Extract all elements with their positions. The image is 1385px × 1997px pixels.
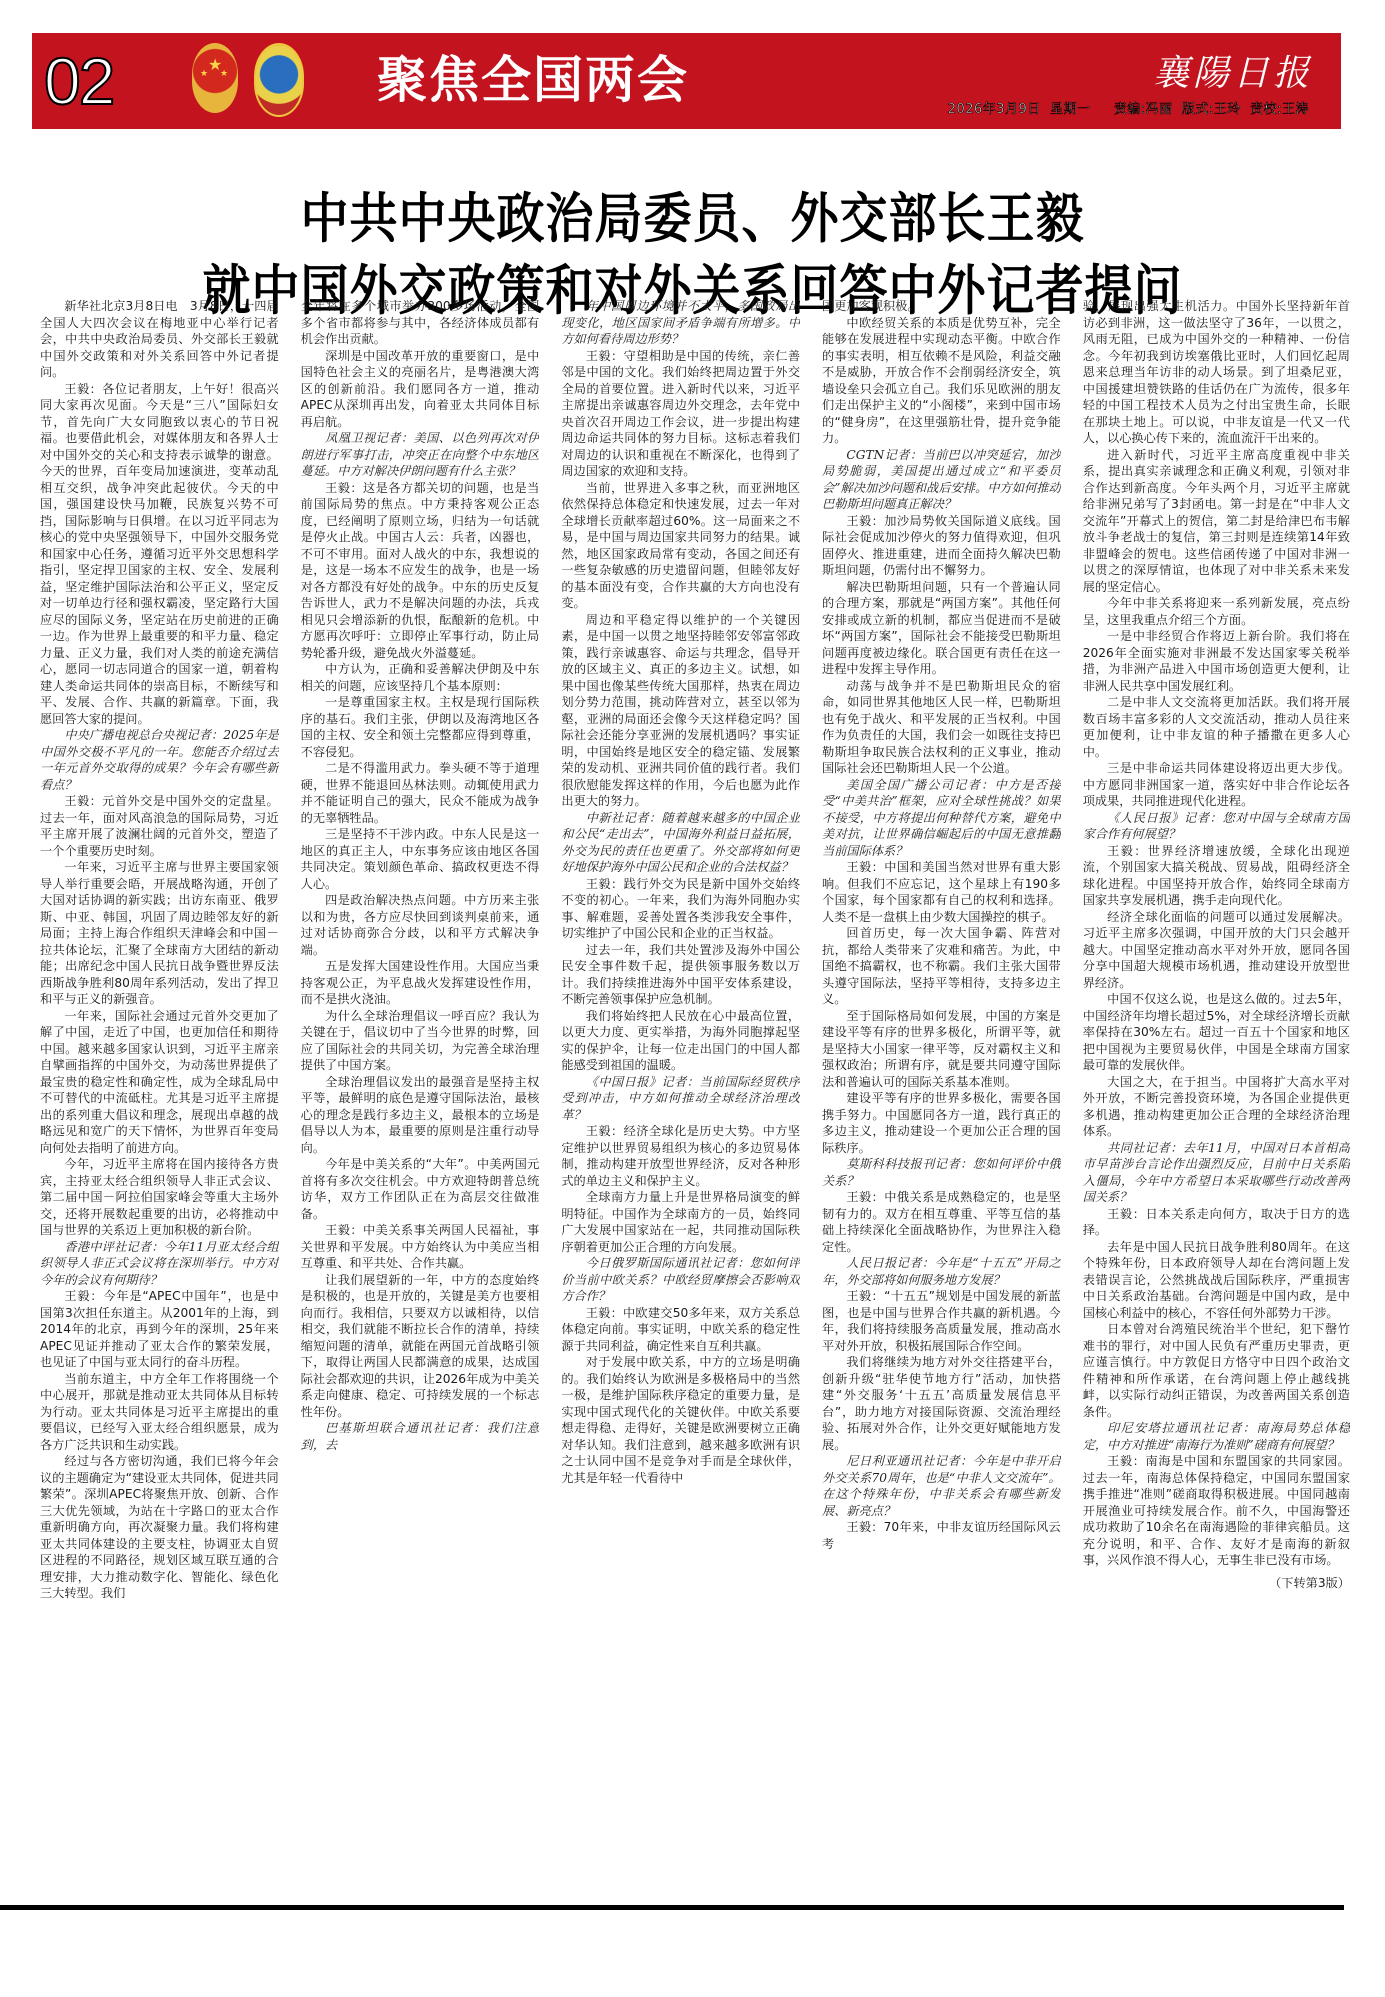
answer-paragraph: 国更加客观积极。: [822, 298, 1061, 315]
article-column-5: 验，展现出强大生机活力。中国外长坚持新年首访必到非洲，这一做法坚守了36年，一以…: [1083, 298, 1350, 1890]
answer-paragraph: 为什么全球治理倡议一呼百应？我认为关键在于，倡议切中了当今世界的时弊，回应了国际…: [301, 1008, 540, 1074]
answer-paragraph: 王毅：这是各方都关切的问题，也是当前国际局势的焦点。中方秉持客观公正态度，已经阐…: [301, 480, 540, 662]
answer-paragraph: 动荡与战争并不是巴勒斯坦民众的宿命，如同世界其他地区人民一样，巴勒斯坦也有免于战…: [822, 678, 1061, 777]
article-body: 新华社北京3月8日电 3月8日，十四届全国人大四次会议在梅地亚中心举行记者会，中…: [40, 298, 1350, 1890]
answer-paragraph: 周边和平稳定得以维护的一个关键因素，是中国一以贯之地坚持睦邻安邻富邻政策，践行亲…: [561, 612, 800, 810]
reporter-question: CGTN记者：当前巴以冲突延宕，加沙局势脆弱，美国提出通过成立“和平委员会”解决…: [822, 447, 1061, 513]
answer-paragraph: 日本曾对台湾殖民统治半个世纪，犯下罄竹难书的罪行，对中国人民负有严重历史罪责，更…: [1083, 1321, 1350, 1420]
reporter-question: 年中国周边环境并不太平，多国政局出现变化，地区国家间矛盾争端有所增多。中方如何看…: [561, 298, 800, 348]
answer-paragraph: 去年是中国人民抗日战争胜利80周年。在这个特殊年份，日本政府领导人却在台湾问题上…: [1083, 1239, 1350, 1322]
answer-paragraph: 全年将在多个城市举办300多场活动，全国多个省市都将参与其中，各经济体成员都有机…: [301, 298, 540, 348]
answer-paragraph: 王毅：中国和美国当然对世界有重大影响。但我们不应忘记，这个星球上有190多个国家…: [822, 859, 1061, 925]
article-column-4: 国更加客观积极。中欧经贸关系的本质是优势互补，完全能够在发展进程中实现动态平衡。…: [822, 298, 1061, 1890]
answer-paragraph: 王毅：中美关系事关两国人民福祉，事关世界和平发展。中方始终认为中美应当相互尊重、…: [301, 1222, 540, 1272]
answer-paragraph: 经济全球化面临的问题可以通过发展解决。习近平主席多次强调，中国开放的大门只会越开…: [1083, 909, 1350, 992]
answer-paragraph: 二是不得滥用武力。拳头硬不等于道理硬，世界不能退回丛林法则。动辄使用武力并不能证…: [301, 760, 540, 826]
bottom-rule: [0, 1905, 1344, 1910]
editor-credit: 责编:冯丽: [1114, 102, 1173, 117]
answer-paragraph: 王毅：南海是中国和东盟国家的共同家园。过去一年，南海总体保持稳定，中国同东盟国家…: [1083, 1453, 1350, 1569]
reporter-question: 尼日利亚通讯社记者：今年是中非开启外交关系70周年，也是“中非人文交流年”。在这…: [822, 1453, 1061, 1519]
answer-paragraph: 王毅：70年来，中非友谊历经国际风云考: [822, 1519, 1061, 1552]
reporter-question: 人民日报记者：今年是“十五五”开局之年，外交部将如何服务地方发展？: [822, 1255, 1061, 1288]
answer-paragraph: 至于国际格局如何发展，中国的方案是建设平等有序的世界多极化，所谓平等，就是坚持大…: [822, 1008, 1061, 1091]
answer-paragraph: 今年是中美关系的“大年”。中美两国元首将有多次交往机会。中方欢迎特朗普总统访华，…: [301, 1156, 540, 1222]
answer-paragraph: 让我们展望新的一年，中方的态度始终是积极的，也是开放的，关键是美方也要相向而行。…: [301, 1272, 540, 1421]
reporter-question: 美国全国广播公司记者：中方是否接受“中美共治”框架，应对全球性挑战？如果不接受，…: [822, 777, 1061, 860]
reporter-question: 中新社记者：随着越来越多的中国企业和公民“走出去”，中国海外利益日益拓展，外交为…: [561, 810, 800, 876]
reporter-question: 今日俄罗斯国际通讯社记者：您如何评价当前中欧关系？中欧经贸摩擦会否影响双方合作？: [561, 1255, 800, 1305]
reporter-question: 印尼安塔拉通讯社记者：南海局势总体稳定，中方对推进“南海行为准则”磋商有何展望？: [1083, 1420, 1350, 1453]
reporter-question: 莫斯科科技报刊记者：您如何评价中俄关系？: [822, 1156, 1061, 1189]
answer-paragraph: 王毅：经济全球化是历史大势。中方坚定维护以世界贸易组织为核心的多边贸易体制，推动…: [561, 1123, 800, 1189]
reporter-question: 《人民日报》记者：您对中国与全球南方国家合作有何展望？: [1083, 810, 1350, 843]
article-column-1: 新华社北京3月8日电 3月8日，十四届全国人大四次会议在梅地亚中心举行记者会，中…: [40, 298, 279, 1890]
answer-paragraph: 我们将继续为地方对外交往搭建平台，创新升级“驻华使节地方行”活动，加快搭建“外交…: [822, 1354, 1061, 1453]
answer-paragraph: 今年，习近平主席将在国内接待各方贵宾，主持亚太经合组织领导人非正式会议、第二届中…: [40, 1156, 279, 1239]
answer-paragraph: 今年中非关系将迎来一系列新发展，亮点纷呈，这里我重点介绍三个方面。: [1083, 595, 1350, 628]
answer-paragraph: 过去一年，我们共处置涉及海外中国公民安全事件数千起，提供领事服务数以万计。我们持…: [561, 942, 800, 1008]
headline-line-1: 中共中央政治局委员、外交部长王毅: [0, 182, 1385, 256]
answer-paragraph: 经过与各方密切沟通，我们已将今年会议的主题确定为“建设亚太共同体，促进共同繁荣”…: [40, 1453, 279, 1602]
answer-paragraph: 进入新时代，习近平主席高度重视中非关系，提出真实亲诚理念和正确义利观，引领对非合…: [1083, 447, 1350, 596]
reporter-question: 巴基斯坦联合通讯社记者：我们注意到，去: [301, 1420, 540, 1453]
answer-paragraph: 三是中非命运共同体建设将迈出更大步伐。中方愿同非洲国家一道，落实好中非合作论坛各…: [1083, 760, 1350, 810]
answer-paragraph: 我们将始终把人民放在心中最高位置，以更大力度、更实举措，为海外同胞撑起坚实的保护…: [561, 1008, 800, 1074]
answer-paragraph: 验，展现出强大生机活力。中国外长坚持新年首访必到非洲，这一做法坚守了36年，一以…: [1083, 298, 1350, 447]
answer-paragraph: 一是尊重国家主权。主权是现行国际秩序的基石。我们主张，伊朗以及海湾地区各国的主权…: [301, 694, 540, 760]
answer-paragraph: 中方认为，正确和妥善解决伊朗及中东相关的问题，应该坚持几个基本原则：: [301, 661, 540, 694]
answer-paragraph: 回首历史，每一次大国争霸、阵营对抗，都给人类带来了灾难和痛苦。为此，中国绝不搞霸…: [822, 925, 1061, 1008]
answer-paragraph: 一年来，国际社会通过元首外交更加了解了中国，走近了中国，也更加信任和期待中国。越…: [40, 1008, 279, 1157]
answer-paragraph: 王毅：守望相助是中国的传统，亲仁善邻是中国的文化。我们始终把周边置于外交全局的首…: [561, 348, 800, 480]
answer-paragraph: 王毅：中俄关系是成熟稳定的，也是坚韧有力的。双方在相互尊重、平等互信的基础上持续…: [822, 1189, 1061, 1255]
answer-paragraph: 中国不仅这么说，也是这么做的。过去5年，中国经济年均增长超过5%，对全球经济增长…: [1083, 991, 1350, 1074]
answer-paragraph: 一是中非经贸合作将迈上新台阶。我们将在2026年全面实施对非洲最不发达国家零关税…: [1083, 628, 1350, 694]
answer-paragraph: 五是发挥大国建设性作用。大国应当秉持客观公正，为平息战火发挥建设性作用，而不是拱…: [301, 958, 540, 1008]
section-title: 聚焦全国两会: [377, 45, 689, 115]
answer-paragraph: 王毅：践行外交为民是新中国外交始终不变的初心。一年来，我们为海外同胞办实事、解难…: [561, 876, 800, 942]
reporter-question: 共同社记者：去年11月，中国对日本首相高市早苗涉台言论作出强烈反应，目前中日关系…: [1083, 1140, 1350, 1206]
issue-weekday: 星期一: [1050, 102, 1091, 117]
answer-paragraph: 中欧经贸关系的本质是优势互补，完全能够在发展进程中实现动态平衡。中欧合作的事实表…: [822, 315, 1061, 447]
answer-paragraph: 全球治理倡议发出的最强音是坚持主权平等，最鲜明的底色是遵守国际法治，最核心的理念…: [301, 1074, 540, 1157]
answer-paragraph: 王毅：各位记者朋友，上午好！很高兴同大家再次见面。今天是“三八”国际妇女节，首先…: [40, 381, 279, 728]
proofreader-credit: 责校:王涛: [1250, 102, 1309, 117]
issue-date: 2026年3月9日: [948, 102, 1041, 117]
answer-paragraph: 王毅：世界经济增速放缓，全球化出现逆流，个别国家大搞关税战、贸易战，阻碍经济全球…: [1083, 843, 1350, 909]
reporter-question: 中央广播电视总台央视记者：2025年是中国外交极不平凡的一年。您能否介绍过去一年…: [40, 727, 279, 793]
reporter-question: 香港中评社记者：今年11月亚太经合组织领导人非正式会议将在深圳举行。中方对今年的…: [40, 1239, 279, 1289]
article-column-2: 全年将在多个城市举办300多场活动，全国多个省市都将参与其中，各经济体成员都有机…: [301, 298, 540, 1890]
answer-paragraph: 王毅：“十五五”规划是中国发展的新蓝图，也是中国与世界合作共赢的新机遇。今年，我…: [822, 1288, 1061, 1354]
answer-paragraph: 解决巴勒斯坦问题，只有一个普遍认同的合理方案，那就是“两国方案”。其他任何安排或…: [822, 579, 1061, 678]
answer-paragraph: 三是坚持不干涉内政。中东人民是这一地区的真正主人，中东事务应该由地区各国共同决定…: [301, 826, 540, 892]
reporter-question: 《中国日报》记者：当前国际经贸秩序受到冲击，中方如何推动全球经济治理改革？: [561, 1074, 800, 1124]
answer-paragraph: 全球南方力量上升是世界格局演变的鲜明特征。中国作为全球南方的一员，始终同广大发展…: [561, 1189, 800, 1255]
answer-paragraph: 王毅：元首外交是中国外交的定盘星。过去一年，面对风高浪急的国际局势，习近平主席开…: [40, 793, 279, 859]
continued-on-page-note: （下转第3版）: [1083, 1575, 1350, 1592]
answer-paragraph: 王毅：加沙局势攸关国际道义底线。国际社会促成加沙停火的努力值得欢迎，但巩固停火、…: [822, 513, 1061, 579]
issue-meta: 2026年3月9日 星期一 责编:冯丽 版式:王玲 责校:王涛: [948, 98, 1309, 117]
answer-paragraph: 建设平等有序的世界多极化，需要各国携手努力。中国愿同各方一道，践行真正的多边主义…: [822, 1090, 1061, 1156]
cppcc-emblem-icon: [254, 43, 304, 117]
answer-paragraph: 二是中非人文交流将更加活跃。我们将开展数百场丰富多彩的人文交流活动，推动人员往来…: [1083, 694, 1350, 760]
masthead: 02 ★ ★ ★ 聚焦全国两会 襄陽日报 2026年3月9日 星期一 责编:冯丽…: [32, 33, 1341, 129]
answer-paragraph: 深圳是中国改革开放的重要窗口，是中国特色社会主义的亮丽名片，是粤港澳大湾区的创新…: [301, 348, 540, 431]
newspaper-name: 襄陽日报: [1153, 45, 1313, 96]
answer-paragraph: 王毅：日本关系走向何方，取决于日方的选择。: [1083, 1206, 1350, 1239]
answer-paragraph: 对于发展中欧关系，中方的立场是明确的。我们始终认为欧洲是多极格局中的当然一极，是…: [561, 1354, 800, 1486]
article-column-3: 年中国周边环境并不太平，多国政局出现变化，地区国家间矛盾争端有所增多。中方如何看…: [561, 298, 800, 1890]
layout-credit: 版式:王玲: [1182, 102, 1241, 117]
answer-paragraph: 当前，世界进入多事之秋，而亚洲地区依然保持总体稳定和快速发展，过去一年对全球增长…: [561, 480, 800, 612]
answer-paragraph: 当前东道主，中方全年工作将围绕一个中心展开，那就是推动亚太共同体从目标转为行动。…: [40, 1371, 279, 1454]
answer-paragraph: 新华社北京3月8日电 3月8日，十四届全国人大四次会议在梅地亚中心举行记者会，中…: [40, 298, 279, 381]
national-emblem-icon: ★ ★ ★: [192, 43, 238, 113]
answer-paragraph: 王毅：中欧建交50多年来，双方关系总体稳定向前。事实证明，中欧关系的稳定性源于共…: [561, 1305, 800, 1355]
answer-paragraph: 一年来，习近平主席与世界主要国家领导人举行重要会晤，开展战略沟通，开创了大国对话…: [40, 859, 279, 1008]
answer-paragraph: 大国之大，在于担当。中国将扩大高水平对外开放，不断完善投资环境，为各国企业提供更…: [1083, 1074, 1350, 1140]
reporter-question: 凤凰卫视记者：美国、以色列再次对伊朗进行军事打击，冲突正在向整个中东地区蔓延。中…: [301, 430, 540, 480]
page-number: 02: [44, 41, 113, 121]
answer-paragraph: 王毅：今年是“APEC中国年”，也是中国第3次担任东道主。从2001年的上海，到…: [40, 1288, 279, 1371]
answer-paragraph: 四是政治解决热点问题。中方历来主张以和为贵，各方应尽快回到谈判桌前来，通过对话协…: [301, 892, 540, 958]
